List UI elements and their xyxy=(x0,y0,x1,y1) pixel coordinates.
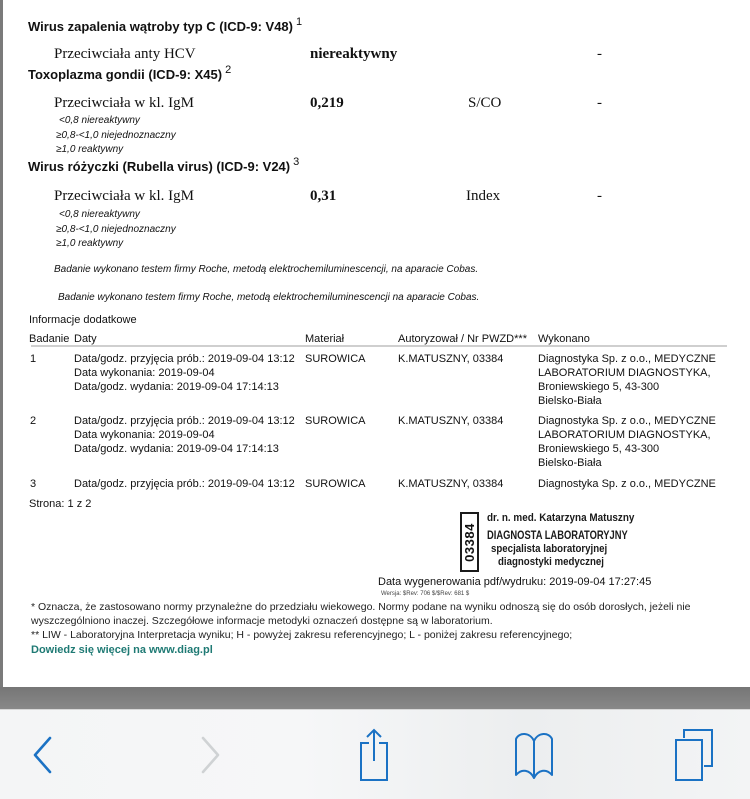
stamp-line: dr. n. med. Katarzyna Matuszny xyxy=(487,512,634,524)
cell-autoryzowal: K.MATUSZNY, 03384 xyxy=(398,477,503,492)
test-unit: S/CO xyxy=(468,95,501,112)
viewer-background xyxy=(0,687,750,709)
test-name: Przeciwciała w kl. IgM xyxy=(54,95,194,112)
test-range: - xyxy=(597,188,602,205)
test-value: 0,219 xyxy=(310,95,344,112)
reference-line: <0,8 niereaktywny xyxy=(59,115,140,126)
cell-wykonano: Diagnostyka Sp. z o.o., MEDYCZNE xyxy=(538,477,716,492)
cell-daty: Data/godz. wydania: 2019-09-04 17:14:13 xyxy=(74,442,279,457)
cell-material: SUROWICA xyxy=(305,414,366,429)
bookmarks-button[interactable] xyxy=(494,710,574,799)
cell-badanie: 2 xyxy=(30,414,36,429)
cell-autoryzowal: K.MATUSZNY, 03384 xyxy=(398,414,503,429)
footnote-line: wyszczególniono inaczej. Szczegółowe inf… xyxy=(31,615,493,627)
cell-daty: Data/godz. przyjęcia prób.: 2019-09-04 1… xyxy=(74,414,295,429)
test-value: niereaktywny xyxy=(310,46,397,63)
test-name: Przeciwciała anty HCV xyxy=(54,46,196,63)
cell-autoryzowal: K.MATUSZNY, 03384 xyxy=(398,352,503,367)
test-range: - xyxy=(597,46,602,63)
cell-daty: Data/godz. wydania: 2019-09-04 17:14:13 xyxy=(74,380,279,395)
stamp-line: specjalista laboratoryjnej xyxy=(491,543,607,555)
chevron-right-icon xyxy=(198,735,222,775)
cell-wykonano: LABORATORIUM DIAGNOSTYKA, xyxy=(538,428,711,443)
stamp-line: diagnostyki medycznej xyxy=(498,556,604,568)
cell-daty: Data wykonania: 2019-09-04 xyxy=(74,366,215,381)
back-button[interactable] xyxy=(3,710,83,799)
reference-line: ≥0,8-<1,0 niejednoznaczny xyxy=(56,224,176,235)
cell-wykonano: LABORATORIUM DIAGNOSTYKA, xyxy=(538,366,711,381)
diag-website-link[interactable]: Dowiedz się więcej na www.diag.pl xyxy=(31,644,213,656)
cell-daty: Data wykonania: 2019-09-04 xyxy=(74,428,215,443)
pdf-page: Wirus zapalenia wątroby typ C (ICD-9: V4… xyxy=(3,0,750,687)
book-icon xyxy=(514,730,554,780)
footnote-line: ** LIW - Laboratoryjna Interpretacja wyn… xyxy=(31,629,572,641)
additional-info-heading: Informacje dodatkowe xyxy=(29,314,137,326)
version-label: Wersja: $Rev: 706 $/$Rev: 681 $ xyxy=(381,591,469,597)
reference-line: ≥1,0 reaktywny xyxy=(56,144,123,155)
cell-daty: Data/godz. przyjęcia prób.: 2019-09-04 1… xyxy=(74,477,295,492)
doctor-stamp: 03384 dr. n. med. Katarzyna Matuszny DIA… xyxy=(460,510,660,574)
reference-line: ≥0,8-<1,0 niejednoznaczny xyxy=(56,130,176,141)
cell-wykonano: Bielsko-Biała xyxy=(538,456,602,471)
cell-wykonano: Diagnostyka Sp. z o.o., MEDYCZNE xyxy=(538,352,716,367)
test-range: - xyxy=(597,95,602,112)
cell-material: SUROWICA xyxy=(305,477,366,492)
reference-line: <0,8 niereaktywny xyxy=(59,209,140,220)
section-title-toxoplasma: Toxoplazma gondii (ICD-9: X45)2 xyxy=(28,67,231,82)
cell-wykonano: Diagnostyka Sp. z o.o., MEDYCZNE xyxy=(538,414,716,429)
tabs-button[interactable] xyxy=(654,710,734,799)
share-icon xyxy=(358,727,390,783)
header-divider xyxy=(31,345,727,347)
generated-timestamp: Data wygenerowania pdf/wydruku: 2019-09-… xyxy=(378,576,651,588)
forward-button[interactable] xyxy=(170,710,250,799)
page-indicator: Strona: 1 z 2 xyxy=(29,497,91,512)
stamp-line: DIAGNOSTA LABORATORYJNY xyxy=(487,528,628,542)
tabs-icon xyxy=(674,728,714,782)
stamp-number-box: 03384 xyxy=(460,512,479,572)
section-title-hcv: Wirus zapalenia wątroby typ C (ICD-9: V4… xyxy=(28,19,302,34)
chevron-left-icon xyxy=(31,735,55,775)
cell-badanie: 1 xyxy=(30,352,36,367)
stamp-number: 03384 xyxy=(462,523,477,562)
cell-badanie: 3 xyxy=(30,477,36,492)
cell-material: SUROWICA xyxy=(305,352,366,367)
section-title-rubella: Wirus różyczki (Rubella virus) (ICD-9: V… xyxy=(28,159,299,174)
test-value: 0,31 xyxy=(310,188,336,205)
method-note: Badanie wykonano testem firmy Roche, met… xyxy=(54,264,478,275)
reference-line: ≥1,0 reaktywny xyxy=(56,238,123,249)
share-button[interactable] xyxy=(334,710,414,799)
cell-daty: Data/godz. przyjęcia prób.: 2019-09-04 1… xyxy=(74,352,295,367)
footnote-line: * Oznacza, że zastosowano normy przynale… xyxy=(31,601,691,613)
cell-wykonano: Broniewskiego 5, 43-300 xyxy=(538,380,659,395)
test-name: Przeciwciała w kl. IgM xyxy=(54,188,194,205)
browser-toolbar xyxy=(0,709,750,799)
cell-wykonano: Bielsko-Biała xyxy=(538,394,602,409)
cell-wykonano: Broniewskiego 5, 43-300 xyxy=(538,442,659,457)
test-unit: Index xyxy=(466,188,500,205)
method-note: Badanie wykonano testem firmy Roche, met… xyxy=(58,292,479,303)
